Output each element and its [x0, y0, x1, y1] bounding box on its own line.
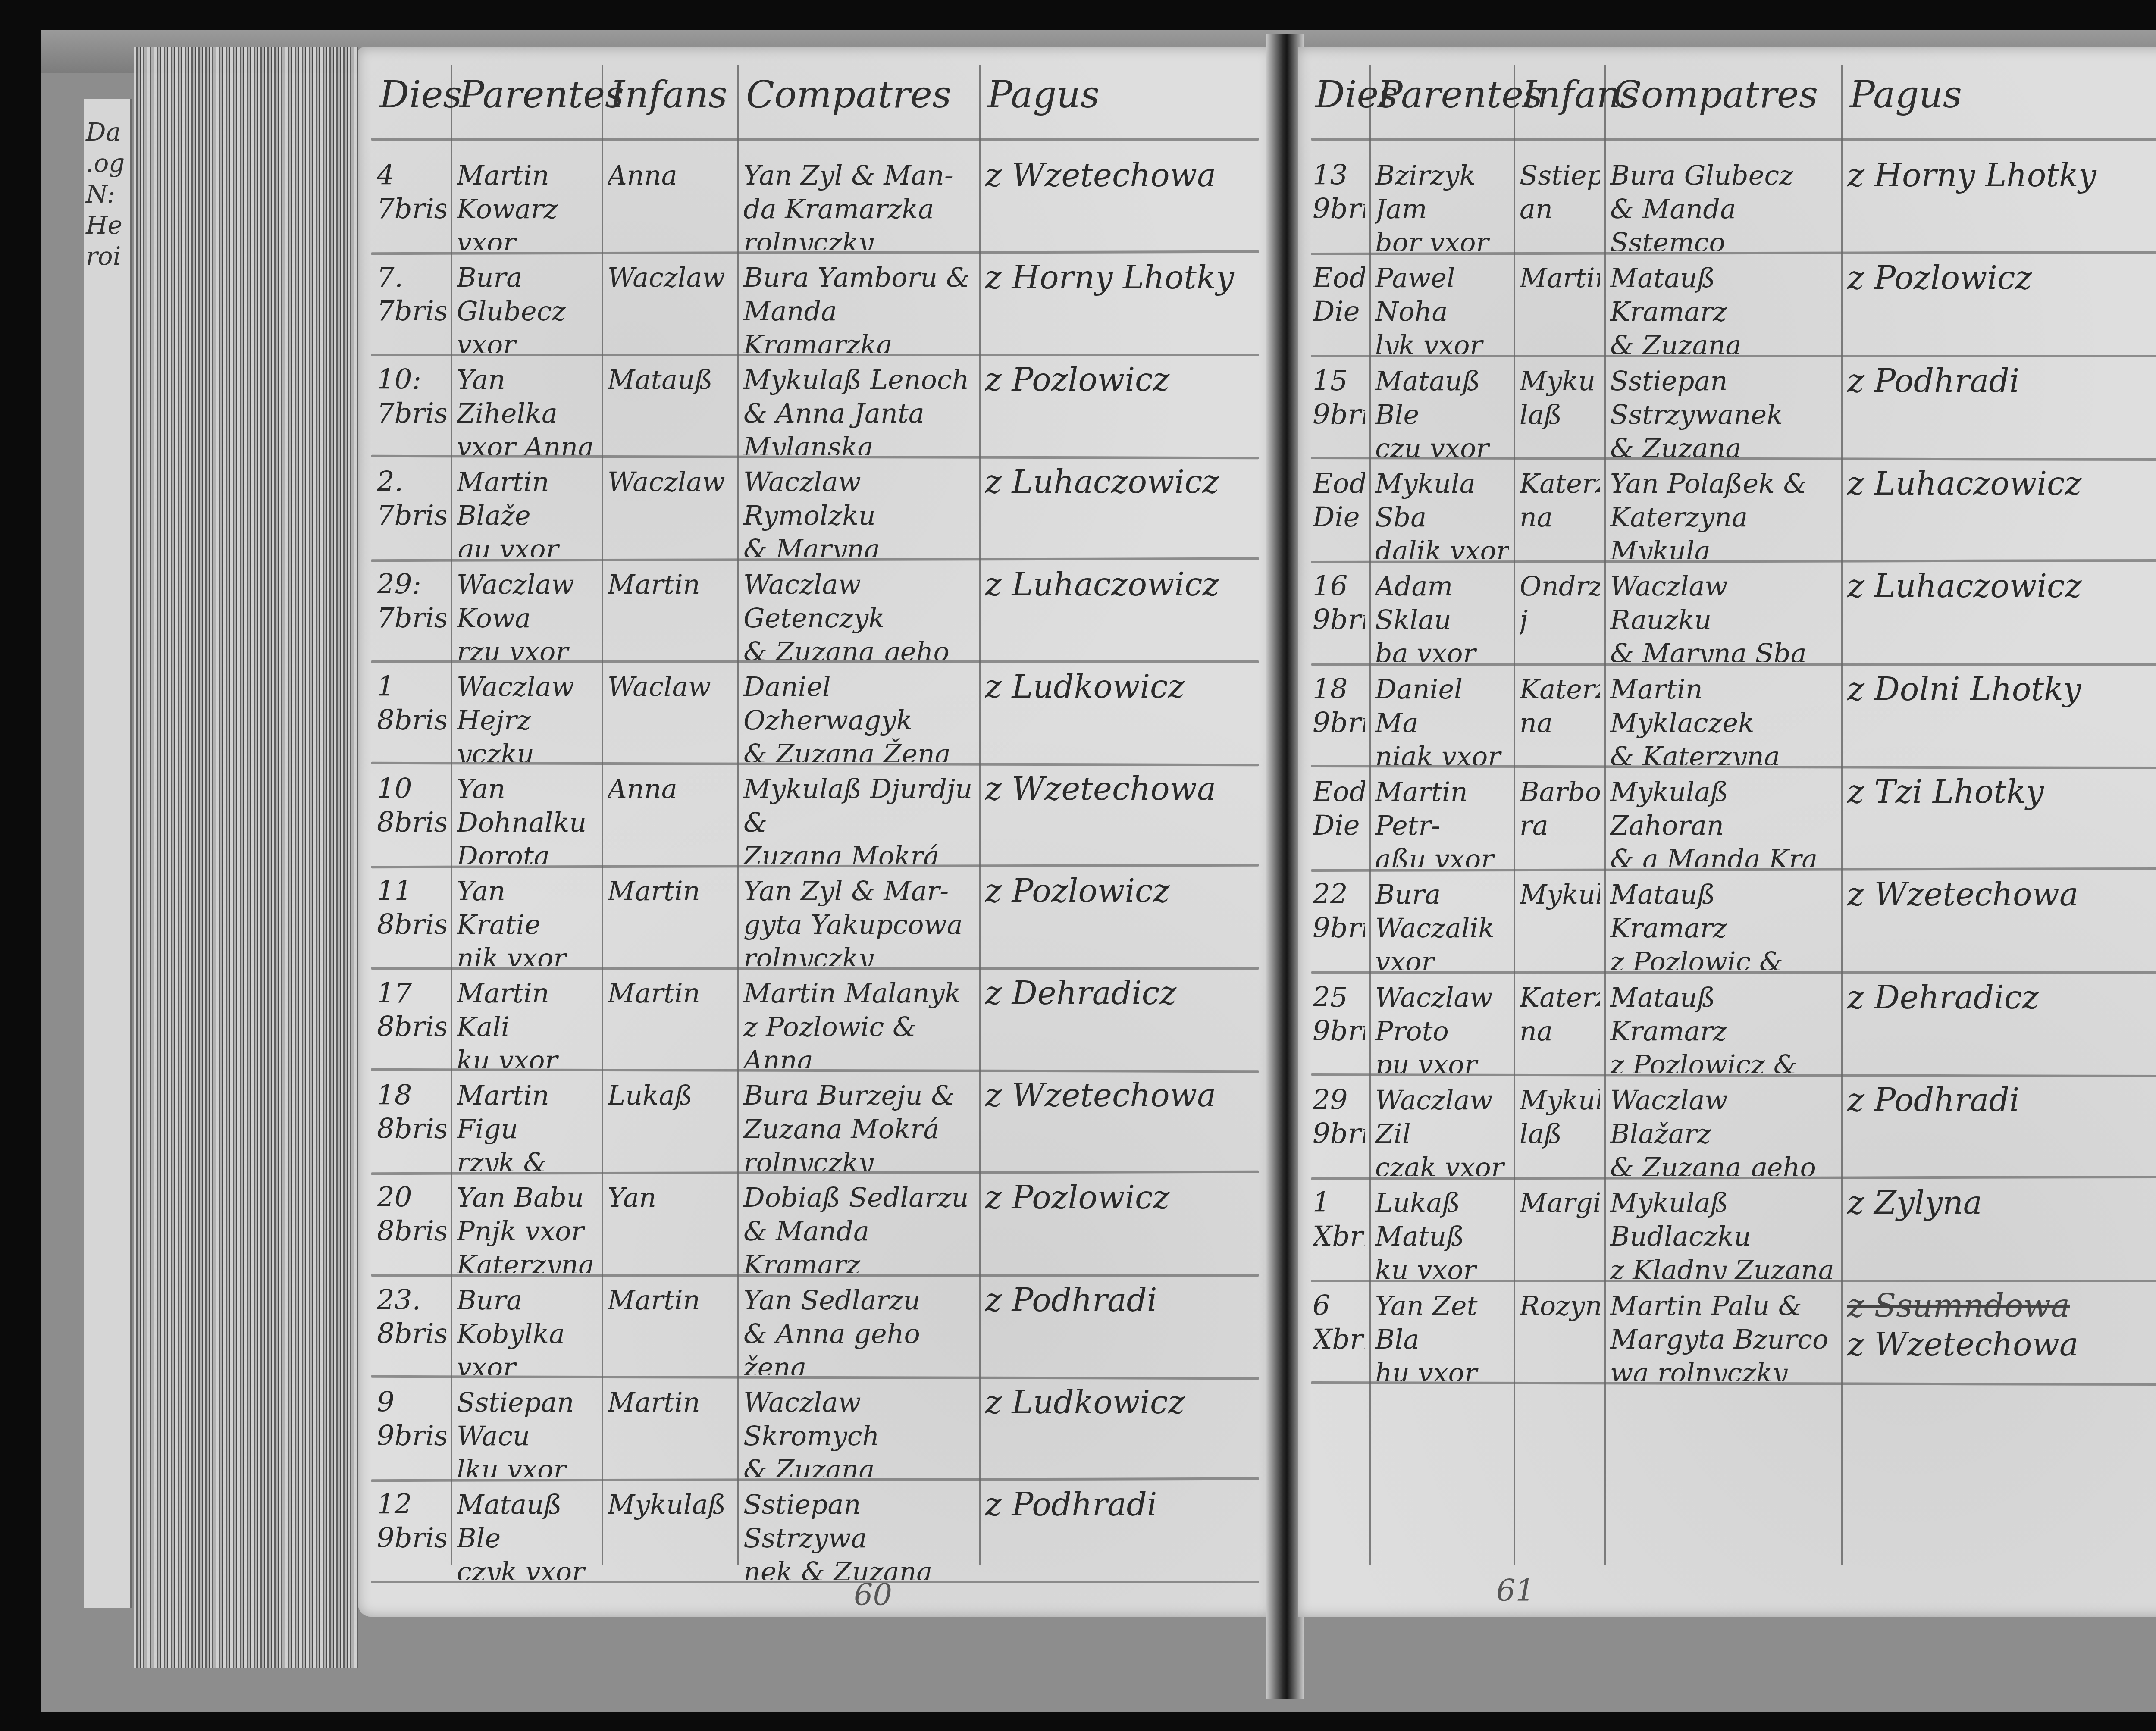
- entry-dies: 9 9bris: [377, 1386, 446, 1477]
- column-rule: [737, 65, 739, 1565]
- inserted-slip: Da .og N: He roi: [84, 99, 132, 1608]
- entry-parentes: Matauß Ble czyk vxor Anna: [457, 1488, 597, 1580]
- entry-dies: 1 Xbris: [1313, 1186, 1365, 1278]
- left-ledger-table: DiesParentesInfansCompatresPagus4 7brisM…: [358, 47, 1272, 1617]
- entry-parentes: Bura Kobylka vxor Katerzy na: [457, 1283, 597, 1375]
- row-rule: [1311, 251, 2156, 255]
- row-rule: [371, 660, 1259, 663]
- entry-dies: 17 8bris: [377, 977, 446, 1068]
- row-rule: [1311, 867, 2156, 872]
- row-rule: [1311, 1280, 2156, 1282]
- row-rule: [371, 1171, 1259, 1175]
- entry-pagus: z Ludkowicz: [985, 1386, 1255, 1477]
- entry-pagus: z Luhaczowicz: [985, 465, 1255, 557]
- entry-dies: 7. 7bris: [377, 261, 446, 353]
- column-header-pagus: Pagus: [1850, 73, 1962, 116]
- entry-pagus: z Horny Lhotky: [985, 261, 1255, 353]
- entry-pagus: z Pozlowicz: [985, 874, 1255, 966]
- entry-compatres: Bura Glubecz & Manda Sstemco wa rolnyczk…: [1610, 159, 1837, 251]
- entry-infans: Anna: [608, 772, 733, 864]
- entry-parentes: Martin Figu rzyk & Anna: [457, 1079, 597, 1171]
- column-rule: [1841, 65, 1843, 1565]
- entry-dies: 11 8bris: [377, 874, 446, 966]
- header-rule: [371, 138, 1259, 141]
- entry-compatres: Martin Palu & Margyta Bzurco wa rolnyczk…: [1610, 1289, 1837, 1381]
- entry-infans: Sstiep an: [1520, 159, 1600, 251]
- entry-pagus: z Luhaczowicz: [985, 568, 1255, 660]
- entry-dies: 10: 7bris: [377, 363, 446, 455]
- entry-compatres: Matauß Kramarz z Pozlowicz & Anna Poludk…: [1610, 981, 1837, 1073]
- entry-infans: Ondrze j: [1520, 570, 1600, 662]
- entry-parentes: Daniel Ma niak vxor Anna: [1375, 673, 1509, 765]
- row-rule: [371, 1477, 1259, 1482]
- entry-dies: 10 8bris: [377, 772, 446, 864]
- entry-dies: 18 9bris: [1313, 673, 1365, 765]
- entry-pagus: z Zylyna: [1847, 1186, 2156, 1278]
- entry-dies: 16 9bris: [1313, 570, 1365, 662]
- left-register-page: DiesParentesInfansCompatresPagus4 7brisM…: [358, 47, 1272, 1617]
- entry-infans: Matauß: [608, 363, 733, 455]
- entry-compatres: Waczlaw Blažarz & Zuzana geho žena: [1610, 1083, 1837, 1176]
- row-rule: [371, 354, 1259, 356]
- entry-pagus: z Dehradicz: [985, 977, 1255, 1068]
- entry-dies: 13 9bris: [1313, 159, 1365, 251]
- column-header-parentes: Parentes: [1378, 73, 1542, 116]
- entry-infans: Lukaß: [608, 1079, 733, 1171]
- entry-dies: 29 9bris: [1313, 1083, 1365, 1176]
- entry-infans: Waczlaw: [608, 261, 733, 353]
- column-rule: [1604, 65, 1606, 1565]
- column-header-infans: Infans: [610, 73, 727, 116]
- row-rule: [1311, 1176, 2156, 1180]
- entry-parentes: Sstiepan Wacu lku vxor Mar gita: [457, 1386, 597, 1477]
- entry-infans: Myku laß: [1520, 364, 1600, 457]
- entry-compatres: Mykulaß Budlaczku z Kladny Zuzana geho ž…: [1610, 1186, 1837, 1278]
- column-header-pagus: Pagus: [987, 73, 1100, 116]
- entry-pagus: z Ludkowicz: [985, 670, 1255, 762]
- row-rule: [371, 967, 1259, 970]
- header-rule: [1311, 138, 2156, 141]
- row-rule: [371, 1375, 1259, 1380]
- entry-infans: Anna: [608, 159, 733, 250]
- entry-dies: 6 Xbris: [1313, 1289, 1365, 1381]
- entry-compatres: Matauß Kramarz z Pozlowic & Dorota Specz…: [1610, 878, 1837, 970]
- row-rule: [371, 1068, 1259, 1073]
- entry-parentes: Pawel Noha lyk vxor Salomyna: [1375, 261, 1509, 354]
- entry-compatres: Dobiaß Sedlarzu & Manda Kramarz ka rolny…: [743, 1181, 975, 1273]
- entry-dies: 20 8bris: [377, 1181, 446, 1273]
- entry-pagus: z Wzetechowa: [985, 772, 1255, 864]
- entry-compatres: Matauß Kramarz & Zuzana Koštele czka rol…: [1610, 261, 1837, 354]
- entry-infans: Barbo ra: [1520, 775, 1600, 867]
- entry-parentes: Martin Blaže gu vxor Kate rzyna: [457, 465, 597, 557]
- entry-infans: Rozyna: [1520, 1289, 1600, 1381]
- entry-compatres: Sstiepan Sstrzywa nek & Zuzana Macha czk…: [743, 1488, 975, 1580]
- entry-parentes: Bzirzyk Jam bor vxor Do rotha: [1375, 159, 1509, 251]
- entry-pagus: z Luhaczowicz: [1847, 467, 2156, 559]
- column-rule: [451, 65, 452, 1565]
- entry-parentes: Yan Zihelka vxor Anna: [457, 363, 597, 455]
- row-rule: [371, 557, 1259, 561]
- entry-dies: 29: 7bris: [377, 568, 446, 660]
- entry-dies: 25 9bris: [1313, 981, 1365, 1073]
- entry-parentes: Waczlaw Kowa rzu vxor Anna: [457, 568, 597, 660]
- entry-infans: Martin: [608, 1386, 733, 1477]
- entry-compatres: Daniel Ozherwagyk & Zuzana Žena Yana cza…: [743, 670, 975, 762]
- entry-pagus: z Pozlowicz: [985, 363, 1255, 455]
- entry-infans: Martin: [608, 874, 733, 966]
- entry-infans: Mykul laß: [1520, 1083, 1600, 1176]
- entry-parentes: Waczlaw Hejrz yczku vxor Dorota: [457, 670, 597, 762]
- entry-pagus: z Podhradi: [1847, 1083, 2156, 1176]
- folio-number: 60: [854, 1577, 892, 1612]
- row-rule: [371, 250, 1259, 255]
- entry-parentes: Martin Kowarz vxor Zoanna: [457, 159, 597, 250]
- entry-pagus: z Ssumndowaz Wzetechowa: [1847, 1289, 2156, 1381]
- entry-parentes: Martin Petr- aßu vxor Anna: [1375, 775, 1509, 867]
- entry-pagus: z Podhradi: [985, 1283, 1255, 1375]
- entry-parentes: Bura Glubecz vxor Margita: [457, 261, 597, 353]
- entry-pagus: z Wzetechowa: [1847, 878, 2156, 970]
- row-rule: [1311, 971, 2156, 974]
- entry-compatres: Waczlaw Getenczyk & Zuzana geho man želk…: [743, 568, 975, 660]
- row-rule: [371, 1581, 1259, 1583]
- entry-dies: Eodem Die: [1313, 261, 1365, 354]
- entry-infans: Martin: [1520, 261, 1600, 354]
- entry-compatres: Mykulaß Zahoran & a Manda Kra marzkova z…: [1610, 775, 1837, 867]
- entry-infans: Katerzy na: [1520, 981, 1600, 1073]
- entry-infans: Mykulaß: [608, 1488, 733, 1580]
- column-rule: [1514, 65, 1515, 1565]
- entry-compatres: Waczlaw Skromych & Zuzana Zradiczka roln…: [743, 1386, 975, 1477]
- entry-pagus: z Wzetechowa: [985, 1079, 1255, 1171]
- row-rule: [1311, 355, 2156, 357]
- entry-parentes: Yan Babu Pnjk vxor Katerzyna: [457, 1181, 597, 1273]
- entry-parentes: Lukaß Matuß ku vxor Katerzy na: [1375, 1186, 1509, 1278]
- row-rule: [1311, 1381, 2156, 1386]
- entry-infans: Katerzy na: [1520, 467, 1600, 559]
- folio-number: 61: [1496, 1573, 1535, 1608]
- entry-pagus: z Podhradi: [1847, 364, 2156, 457]
- entry-dies: 12 9bris: [377, 1488, 446, 1580]
- entry-pagus: z Dolni Lhotky: [1847, 673, 2156, 765]
- column-header-compatres: Compatres: [1613, 73, 1818, 116]
- entry-parentes: Yan Dohnalku Dorota vxor: [457, 772, 597, 864]
- entry-compatres: Mykulaß Lenoch & Anna Janta Mylanska vxo…: [743, 363, 975, 455]
- row-rule: [371, 864, 1259, 868]
- entry-infans: Mykulaß: [1520, 878, 1600, 970]
- entry-compatres: Yan Polaßek & Katerzyna Mykula czka roln…: [1610, 467, 1837, 559]
- entry-pagus: z Luhaczowicz: [1847, 570, 2156, 662]
- entry-parentes: Matauß Ble czu vxor Anna: [1375, 364, 1509, 457]
- column-rule: [1369, 65, 1371, 1565]
- entry-compatres: Yan Zyl & Mar- gyta Yakupcowa rolnyczky: [743, 874, 975, 966]
- entry-pagus: z Horny Lhotky: [1847, 159, 2156, 251]
- row-rule: [1311, 663, 2156, 666]
- entry-infans: Margita: [1520, 1186, 1600, 1278]
- entry-infans: Katerzy na: [1520, 673, 1600, 765]
- entry-pagus-corrected: z Wzetechowa: [1847, 1328, 2156, 1362]
- entry-compatres: Bura Yamboru & Manda Kramarzka z Pozlowi…: [743, 261, 975, 353]
- entry-compatres: Waczlaw Rauzku & Maryna Sba dalka rolnyc…: [1610, 570, 1837, 662]
- row-rule: [371, 455, 1259, 459]
- row-rule: [1311, 559, 2156, 563]
- entry-dies: 18 8bris: [377, 1079, 446, 1171]
- entry-compatres: Martin Myklaczek & Katerzyna geho man že…: [1610, 673, 1837, 765]
- entry-dies: 2. 7bris: [377, 465, 446, 557]
- column-rule: [979, 65, 981, 1565]
- entry-parentes: Bura Waczalik vxor Dorota: [1375, 878, 1509, 970]
- entry-infans: Martin: [608, 977, 733, 1068]
- column-rule: [602, 65, 603, 1565]
- entry-compatres: Waczlaw Rymolzku & Maryna Krzeslianko wa…: [743, 465, 975, 557]
- entry-parentes: Waczlaw Proto pu vxor Anna: [1375, 981, 1509, 1073]
- entry-dies: 22 9bris: [1313, 878, 1365, 970]
- entry-compatres: Martin Malanyk z Pozlowic & Anna Madlezk…: [743, 977, 975, 1068]
- row-rule: [1311, 765, 2156, 769]
- entry-compatres: Bura Burzeju & Zuzana Mokrá rolnyczky: [743, 1079, 975, 1171]
- entry-dies: 4 7bris: [377, 159, 446, 250]
- entry-parentes: Adam Sklau ba vxor Zuza na: [1375, 570, 1509, 662]
- entry-compatres: Mykulaß Djurdju & Zuzana Mokrá rolnyczky: [743, 772, 975, 864]
- entry-pagus: z Dehradicz: [1847, 981, 2156, 1073]
- entry-pagus: z Pozlowicz: [1847, 261, 2156, 354]
- column-header-compatres: Compatres: [746, 73, 951, 116]
- entry-parentes: Martin Kali ku vxor Bar bora: [457, 977, 597, 1068]
- entry-pagus: z Podhradi: [985, 1488, 1255, 1580]
- entry-dies: 23. 8bris: [377, 1283, 446, 1375]
- struck-pagus: z Ssumndowa: [1847, 1289, 2070, 1323]
- entry-infans: Waclaw: [608, 670, 733, 762]
- entry-pagus: z Tzi Lhotky: [1847, 775, 2156, 867]
- right-ledger-table: DiesParentesInfansCompatresPagus13 9bris…: [1298, 47, 2156, 1617]
- column-header-parentes: Parentes: [459, 73, 624, 116]
- entry-dies: 15 9bris: [1313, 364, 1365, 457]
- right-register-page: DiesParentesInfansCompatresPagus13 9bris…: [1298, 47, 2156, 1617]
- entry-pagus: z Pozlowicz: [985, 1181, 1255, 1273]
- column-header-dies: Dies: [379, 73, 462, 116]
- entry-infans: Waczlaw: [608, 465, 733, 557]
- entry-compatres: Yan Sedlarzu & Anna geho žena: [743, 1283, 975, 1375]
- row-rule: [371, 762, 1259, 766]
- entry-pagus: z Wzetechowa: [985, 159, 1255, 250]
- entry-dies: 1 8bris: [377, 670, 446, 762]
- entry-compatres: Yan Zyl & Man- da Kramarzka rolnyczky z …: [743, 159, 975, 250]
- row-rule: [371, 1274, 1259, 1277]
- entry-infans: Martin: [608, 1283, 733, 1375]
- entry-dies: Eodem Die: [1313, 775, 1365, 867]
- entry-compatres: Sstiepan Sstrzywanek & Zuzana Machaczkow…: [1610, 364, 1837, 457]
- left-page-block-edges: [134, 47, 358, 1668]
- entry-parentes: Yan Kratie nik vxor Anna: [457, 874, 597, 966]
- entry-infans: Martin: [608, 568, 733, 660]
- row-rule: [1311, 1073, 2156, 1077]
- entry-parentes: Mykula Sba dalik vxor Dorota: [1375, 467, 1509, 559]
- entry-dies: Eodem Die: [1313, 467, 1365, 559]
- entry-parentes: Waczlaw Zil czak vxor Anna: [1375, 1083, 1509, 1176]
- row-rule: [1311, 457, 2156, 461]
- entry-parentes: Yan Zet Bla hu vxor Mar gyta: [1375, 1289, 1509, 1381]
- entry-infans: Yan: [608, 1181, 733, 1273]
